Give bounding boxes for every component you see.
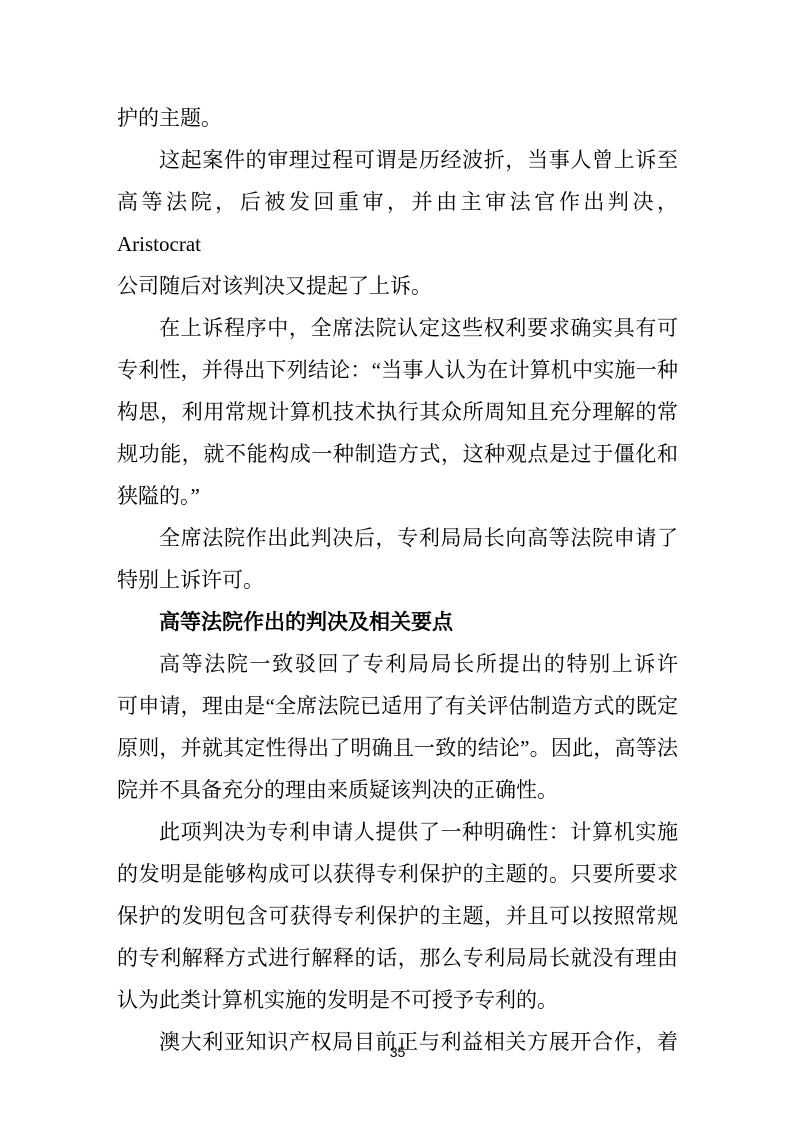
- text-line: 院并不具备充分的理由来质疑该判决的正确性。: [117, 769, 678, 811]
- text-line: 可申请，理由是“全席法院已适用了有关评估制造方式的既定: [117, 685, 678, 727]
- text-line: 公司随后对该判决又提起了上诉。: [117, 265, 678, 307]
- section-heading: 高等法院作出的判决及相关要点: [117, 601, 678, 643]
- text-line: 全席法院作出此判决后，专利局局长向高等法院申请了: [117, 517, 678, 559]
- page-footer: 35: [117, 1044, 678, 1060]
- text-line: 的发明是能够构成可以获得专利保护的主题的。只要所要求: [117, 853, 678, 895]
- text-line: 高等法院，后被发回重审，并由主审法官作出判决，Aristocrat: [117, 181, 678, 265]
- text-line: 认为此类计算机实施的发明是不可授予专利的。: [117, 979, 678, 1021]
- text-line: 狭隘的。”: [117, 475, 678, 517]
- text-line: 这起案件的审理过程可谓是历经波折，当事人曾上诉至: [117, 139, 678, 181]
- document-body: 护的主题。这起案件的审理过程可谓是历经波折，当事人曾上诉至高等法院，后被发回重审…: [117, 97, 678, 1063]
- text-line: 在上诉程序中，全席法院认定这些权利要求确实具有可: [117, 307, 678, 349]
- text-line: 护的主题。: [117, 97, 678, 139]
- text-line: 保护的发明包含可获得专利保护的主题，并且可以按照常规: [117, 895, 678, 937]
- text-line: 此项判决为专利申请人提供了一种明确性：计算机实施: [117, 811, 678, 853]
- page-number: 35: [390, 1044, 406, 1060]
- text-line: 专利性，并得出下列结论：“当事人认为在计算机中实施一种: [117, 349, 678, 391]
- text-line: 原则，并就其定性得出了明确且一致的结论”。因此，高等法: [117, 727, 678, 769]
- document-page: 护的主题。这起案件的审理过程可谓是历经波折，当事人曾上诉至高等法院，后被发回重审…: [0, 0, 793, 1122]
- text-line: 的专利解释方式进行解释的话，那么专利局局长就没有理由: [117, 937, 678, 979]
- text-line: 特别上诉许可。: [117, 559, 678, 601]
- text-line: 规功能，就不能构成一种制造方式，这种观点是过于僵化和: [117, 433, 678, 475]
- text-line: 高等法院一致驳回了专利局局长所提出的特别上诉许: [117, 643, 678, 685]
- text-line: 构思，利用常规计算机技术执行其众所周知且充分理解的常: [117, 391, 678, 433]
